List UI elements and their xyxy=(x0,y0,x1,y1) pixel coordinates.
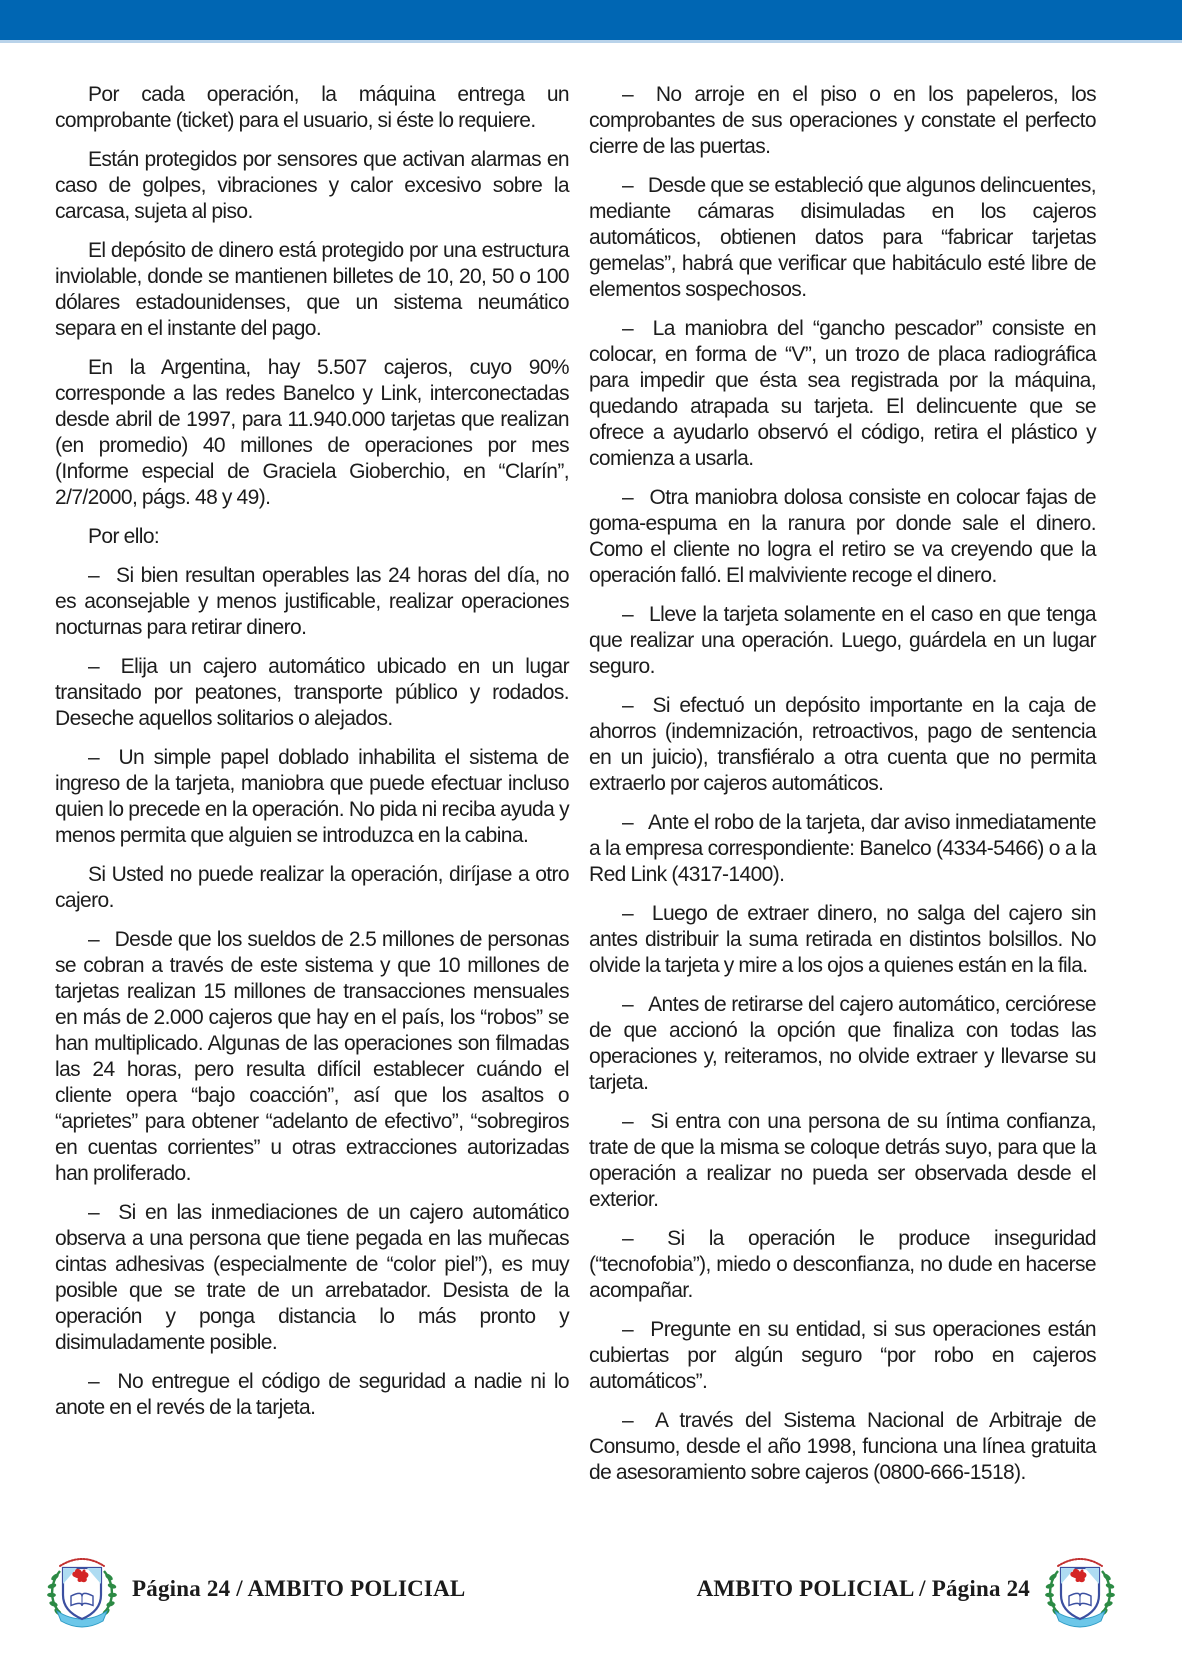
footer-left: Página 24 / AMBITO POLICIAL xyxy=(44,1548,465,1630)
bullet-paragraph: – Antes de retirarse del cajero automáti… xyxy=(589,992,1096,1096)
text-paragraph: Por ello: xyxy=(55,524,569,550)
bullet-paragraph: – Desde que los sueldos de 2.5 millones … xyxy=(55,927,569,1187)
magazine-page: { "page": { "header_bar_color": "#0066b3… xyxy=(0,0,1182,1654)
bullet-paragraph: – Pregunte en su entidad, si sus operaci… xyxy=(589,1317,1096,1395)
text-paragraph: En la Argentina, hay 5.507 cajeros, cuyo… xyxy=(55,355,569,511)
bullet-paragraph: – La maniobra del “gancho pescador” cons… xyxy=(589,316,1096,472)
publisher-crest-icon xyxy=(44,1549,120,1629)
bullet-paragraph: – Si entra con una persona de su íntima … xyxy=(589,1109,1096,1213)
publisher-crest-icon xyxy=(1042,1549,1118,1629)
text-paragraph: Por cada operación, la máquina entrega u… xyxy=(55,82,569,134)
bullet-paragraph: – Si la operación le produce inseguridad… xyxy=(589,1226,1096,1304)
bullet-paragraph: – Si en las inmediaciones de un cajero a… xyxy=(55,1200,569,1356)
bullet-paragraph: – Ante el robo de la tarjeta, dar aviso … xyxy=(589,810,1096,888)
left-column: Por cada operación, la máquina entrega u… xyxy=(55,82,569,1434)
bullet-paragraph: – No arroje en el piso o en los papelero… xyxy=(589,82,1096,160)
footer-page-label-left: Página 24 / AMBITO POLICIAL xyxy=(132,1576,465,1602)
bullet-paragraph: – A través del Sistema Nacional de Arbit… xyxy=(589,1408,1096,1486)
bullet-paragraph: – Desde que se estableció que algunos de… xyxy=(589,173,1096,303)
text-paragraph: Si Usted no puede realizar la operación,… xyxy=(55,862,569,914)
bullet-paragraph: – Si efectuó un depósito importante en l… xyxy=(589,693,1096,797)
text-paragraph: El depósito de dinero está protegido por… xyxy=(55,238,569,342)
bullet-paragraph: – Elija un cajero automático ubicado en … xyxy=(55,654,569,732)
bullet-paragraph: – Si bien resultan operables las 24 hora… xyxy=(55,563,569,641)
text-paragraph: Están protegidos por sensores que activa… xyxy=(55,147,569,225)
bullet-paragraph: – Otra maniobra dolosa consiste en coloc… xyxy=(589,485,1096,589)
header-bar xyxy=(0,0,1182,43)
bullet-paragraph: – Luego de extraer dinero, no salga del … xyxy=(589,901,1096,979)
right-column: – No arroje en el piso o en los papelero… xyxy=(589,82,1096,1499)
bullet-paragraph: – No entregue el código de seguridad a n… xyxy=(55,1369,569,1421)
bullet-paragraph: – Un simple papel doblado inhabilita el … xyxy=(55,745,569,849)
bullet-paragraph: – Lleve la tarjeta solamente en el caso … xyxy=(589,602,1096,680)
footer-right: AMBITO POLICIAL / Página 24 xyxy=(697,1548,1118,1630)
footer-page-label-right: AMBITO POLICIAL / Página 24 xyxy=(697,1576,1030,1602)
